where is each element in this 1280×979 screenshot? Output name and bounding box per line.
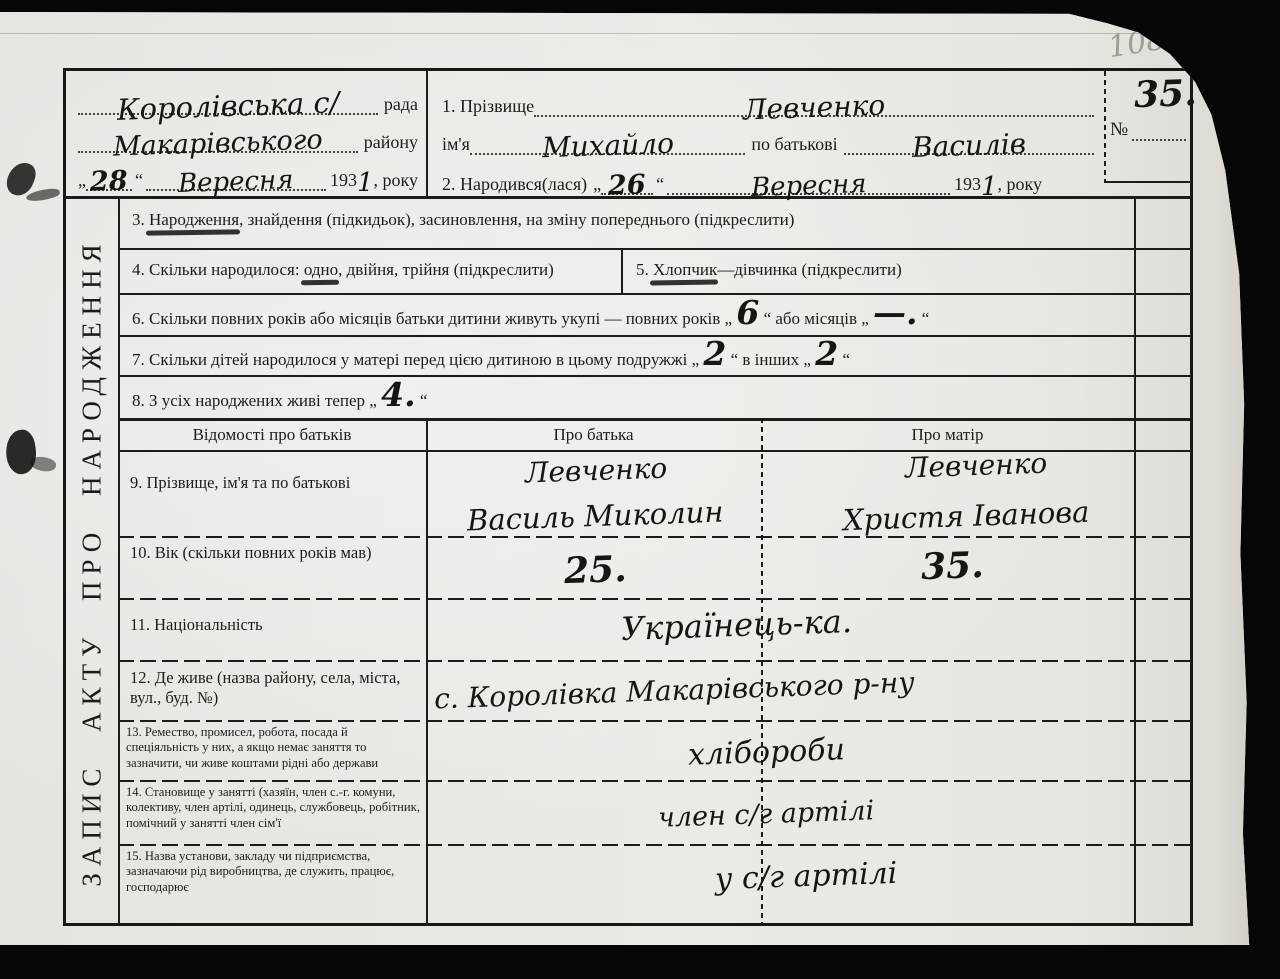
row-line (118, 660, 1190, 662)
field1-patronymic-handwritten: Василів (912, 137, 1026, 155)
row9-father-name-cell: Василь Миколин (430, 499, 760, 533)
field7-other-handwritten: 2 (815, 334, 838, 373)
registration-date-line: „ 28 “ Вересня 193 1 , року (78, 155, 418, 191)
table-col-father: Про батька (426, 425, 761, 445)
field3-number: 3. (132, 210, 149, 229)
field2-birth-line: 2. Народився(лася) „ 26 “ Вересня 193 1 … (442, 159, 1042, 195)
row-line (118, 293, 1190, 295)
ink-smudge (25, 187, 60, 204)
field2-label: 2. Народився(лася) (442, 174, 587, 195)
row-line (118, 536, 1190, 538)
field1-name-line: ім'я Михайло по батькові Василів (442, 119, 1094, 155)
row11-nationality-handwritten: Українець-ка. (620, 602, 852, 648)
council-label: рада (378, 94, 418, 115)
registry-number-handwritten: 35. (1133, 72, 1197, 116)
form-border-box: ЗАПИС АКТУ ПРО НАРОДЖЕННЯ Королівська с/… (63, 68, 1193, 926)
row9-label: 9. Прізвище, ім'я та по батькові (130, 473, 422, 493)
field1-name-blank: Михайло (470, 119, 745, 155)
district-line: Макарівського району (78, 117, 418, 153)
date-day-handwritten: 28 (90, 174, 128, 189)
row12-label: 12. Де живе (назва району, села, міста, … (130, 668, 422, 708)
row10-father-cell: 25. (430, 549, 760, 591)
row9-father-name-handwritten: Василь Миколин (466, 495, 723, 538)
row13-value-cell: хлібороби (566, 735, 966, 770)
registry-number-box: 35. № (1104, 71, 1192, 183)
date-month-handwritten: Вересня (178, 173, 294, 191)
field3-text: , знайдення (підкидьок), засиновлення, н… (239, 210, 794, 229)
row10-father-age-handwritten: 25. (563, 548, 627, 592)
field5-text: —дівчинка (підкреслити) (717, 260, 901, 279)
district-label: району (358, 132, 418, 153)
field8-text2: “ (416, 391, 428, 410)
table-col-parents-info: Відомості про батьків (118, 425, 426, 445)
row10-mother-cell: 35. (766, 545, 1139, 587)
field3: 3. Народження, знайдення (підкидьок), за… (132, 210, 1132, 230)
field6-text3: “ (918, 309, 930, 328)
council-blank: Королівська с/ (78, 79, 378, 115)
row15-label: 15. Назва установи, закладу чи підприємс… (126, 849, 422, 895)
paper-crease (0, 33, 1200, 34)
row11-label: 11. Національність (130, 615, 422, 635)
field8-text: 8. З усіх народжених живі тепер „ (132, 391, 381, 410)
row-line (118, 598, 1190, 600)
date-open-quote: „ (78, 170, 86, 191)
corner-page-note: 108 (1106, 22, 1168, 66)
field3-underlined-word: Народження (149, 210, 239, 229)
date-suffix: , року (374, 170, 419, 191)
row9-mother-name-handwritten: Христя Іванова (842, 495, 1089, 538)
row10-label: 10. Вік (скільки повних років мав) (130, 543, 422, 563)
date-close-quote: “ (132, 170, 146, 191)
row-line (118, 780, 1190, 782)
label-column-line (426, 418, 428, 926)
field2-day-blank: 26 (601, 159, 653, 195)
field2-year-printed: 193 (950, 174, 981, 195)
row13-label: 13. Ремество, промисел, робота, посада й… (126, 725, 422, 771)
registry-number-dots (1132, 139, 1186, 141)
date-year-printed: 193 (326, 170, 357, 191)
field4-text: , двійня, трійня (підкреслити) (338, 260, 554, 279)
field7-this-marriage-handwritten: 2 (703, 334, 726, 373)
scanned-paper: 108 ЗАПИС АКТУ ПРО НАРОДЖЕННЯ Королівськ… (0, 12, 1258, 945)
field7-text: 7. Скільки дітей народилося у матері пер… (132, 350, 703, 369)
row14-status-handwritten: член с/г артілі (657, 795, 874, 834)
district-handwritten: Макарівського (113, 133, 323, 154)
row10-mother-age-handwritten: 35. (920, 544, 984, 588)
field1-surname-blank: Левченко (534, 81, 1094, 117)
council-line: Королівська с/ рада (78, 79, 418, 115)
field5-underlined-word: Хлопчик (653, 260, 717, 279)
row12-value-cell: с. Королівка Макарівського р-ну (434, 674, 1154, 707)
field6-years-handwritten: 6 (736, 293, 759, 332)
field2-month-handwritten: Вересня (751, 177, 867, 195)
row-line (118, 335, 1190, 337)
ink-smudge (29, 454, 58, 474)
ink-blob (3, 428, 39, 476)
field7-text2: “ в інших „ (726, 350, 815, 369)
date-year-digit: 1 (357, 175, 374, 191)
row14-value-cell: член с/г артілі (546, 799, 986, 830)
field1-name-handwritten: Михайло (541, 137, 673, 156)
field6-text: 6. Скільки повних років або місяців бать… (132, 309, 736, 328)
field7: 7. Скільки дітей народилося у матері пер… (132, 344, 1182, 370)
row-line (118, 375, 1190, 377)
field1-surname-line: 1. Прізвище Левченко (442, 81, 1094, 117)
field4: 4. Скільки народилося: одно, двійня, трі… (132, 260, 612, 280)
row9-mother-surname-cell: Левченко (826, 449, 1126, 482)
field4-text-prefix: 4. Скільки народилося: (132, 260, 304, 279)
date-day-blank: 28 (86, 155, 132, 191)
vertical-band: ЗАПИС АКТУ ПРО НАРОДЖЕННЯ (66, 198, 118, 926)
council-handwritten: Королівська с/ (117, 95, 340, 117)
field1-surname-handwritten: Левченко (743, 99, 886, 118)
field7-text3: “ (838, 350, 850, 369)
field2-month-blank: Вересня (667, 159, 950, 195)
district-blank: Макарівського (78, 117, 358, 153)
field8: 8. З усіх народжених живі тепер „ 4. “ (132, 385, 832, 411)
field1-label: 1. Прізвище (442, 96, 534, 117)
row-line (118, 844, 1190, 846)
field5-number: 5. (636, 260, 653, 279)
row-line (118, 720, 1190, 722)
date-month-blank: Вересня (146, 155, 326, 191)
row12-residence-handwritten: с. Королівка Макарівського р-ну (434, 666, 915, 716)
row9-father-surname-handwritten: Левченко (524, 452, 667, 490)
field8-alive-handwritten: 4. (381, 375, 415, 414)
row11-value-cell: Українець-ка. (486, 606, 986, 644)
field1-name-label: ім'я (442, 134, 470, 155)
field2-year-digit: 1 (981, 179, 998, 195)
field4-underlined-word: одно (304, 260, 338, 279)
field4-5-divider (621, 248, 623, 293)
row9-father-surname-cell: Левченко (446, 454, 746, 487)
field2-suffix: , року (998, 174, 1043, 195)
field5: 5. Хлопчик—дівчинка (підкреслити) (636, 260, 1056, 280)
row9-mother-surname-handwritten: Левченко (904, 447, 1047, 485)
row14-label: 14. Становище у занятті (хазяїн, член с.… (126, 785, 422, 831)
field6-text2: “ або місяців „ (759, 309, 873, 328)
field6-months-handwritten: —. (873, 293, 918, 332)
row13-occupation-handwritten: хлібороби (687, 732, 845, 772)
vertical-band-line (118, 198, 120, 926)
field2-open-quote: „ (587, 174, 601, 195)
field6: 6. Скільки повних років або місяців бать… (132, 303, 1182, 329)
field2-day-handwritten: 26 (608, 178, 646, 193)
table-col-mother: Про матір (761, 425, 1134, 445)
row15-institution-handwritten: у с/г артілі (714, 856, 897, 897)
header-divider-line (426, 71, 428, 198)
row-line (118, 248, 1190, 250)
field1-patronymic-label: по батькові (745, 134, 843, 155)
row9-mother-name-cell: Христя Іванова (766, 499, 1166, 533)
row15-value-cell: у с/г артілі (586, 859, 1026, 894)
registry-number-label: № (1110, 119, 1128, 141)
form-vertical-title: ЗАПИС АКТУ ПРО НАРОДЖЕННЯ (77, 237, 108, 886)
field2-close-quote: “ (653, 174, 667, 195)
field1-patronymic-blank: Василів (844, 119, 1094, 155)
table-top-line (118, 418, 1190, 421)
